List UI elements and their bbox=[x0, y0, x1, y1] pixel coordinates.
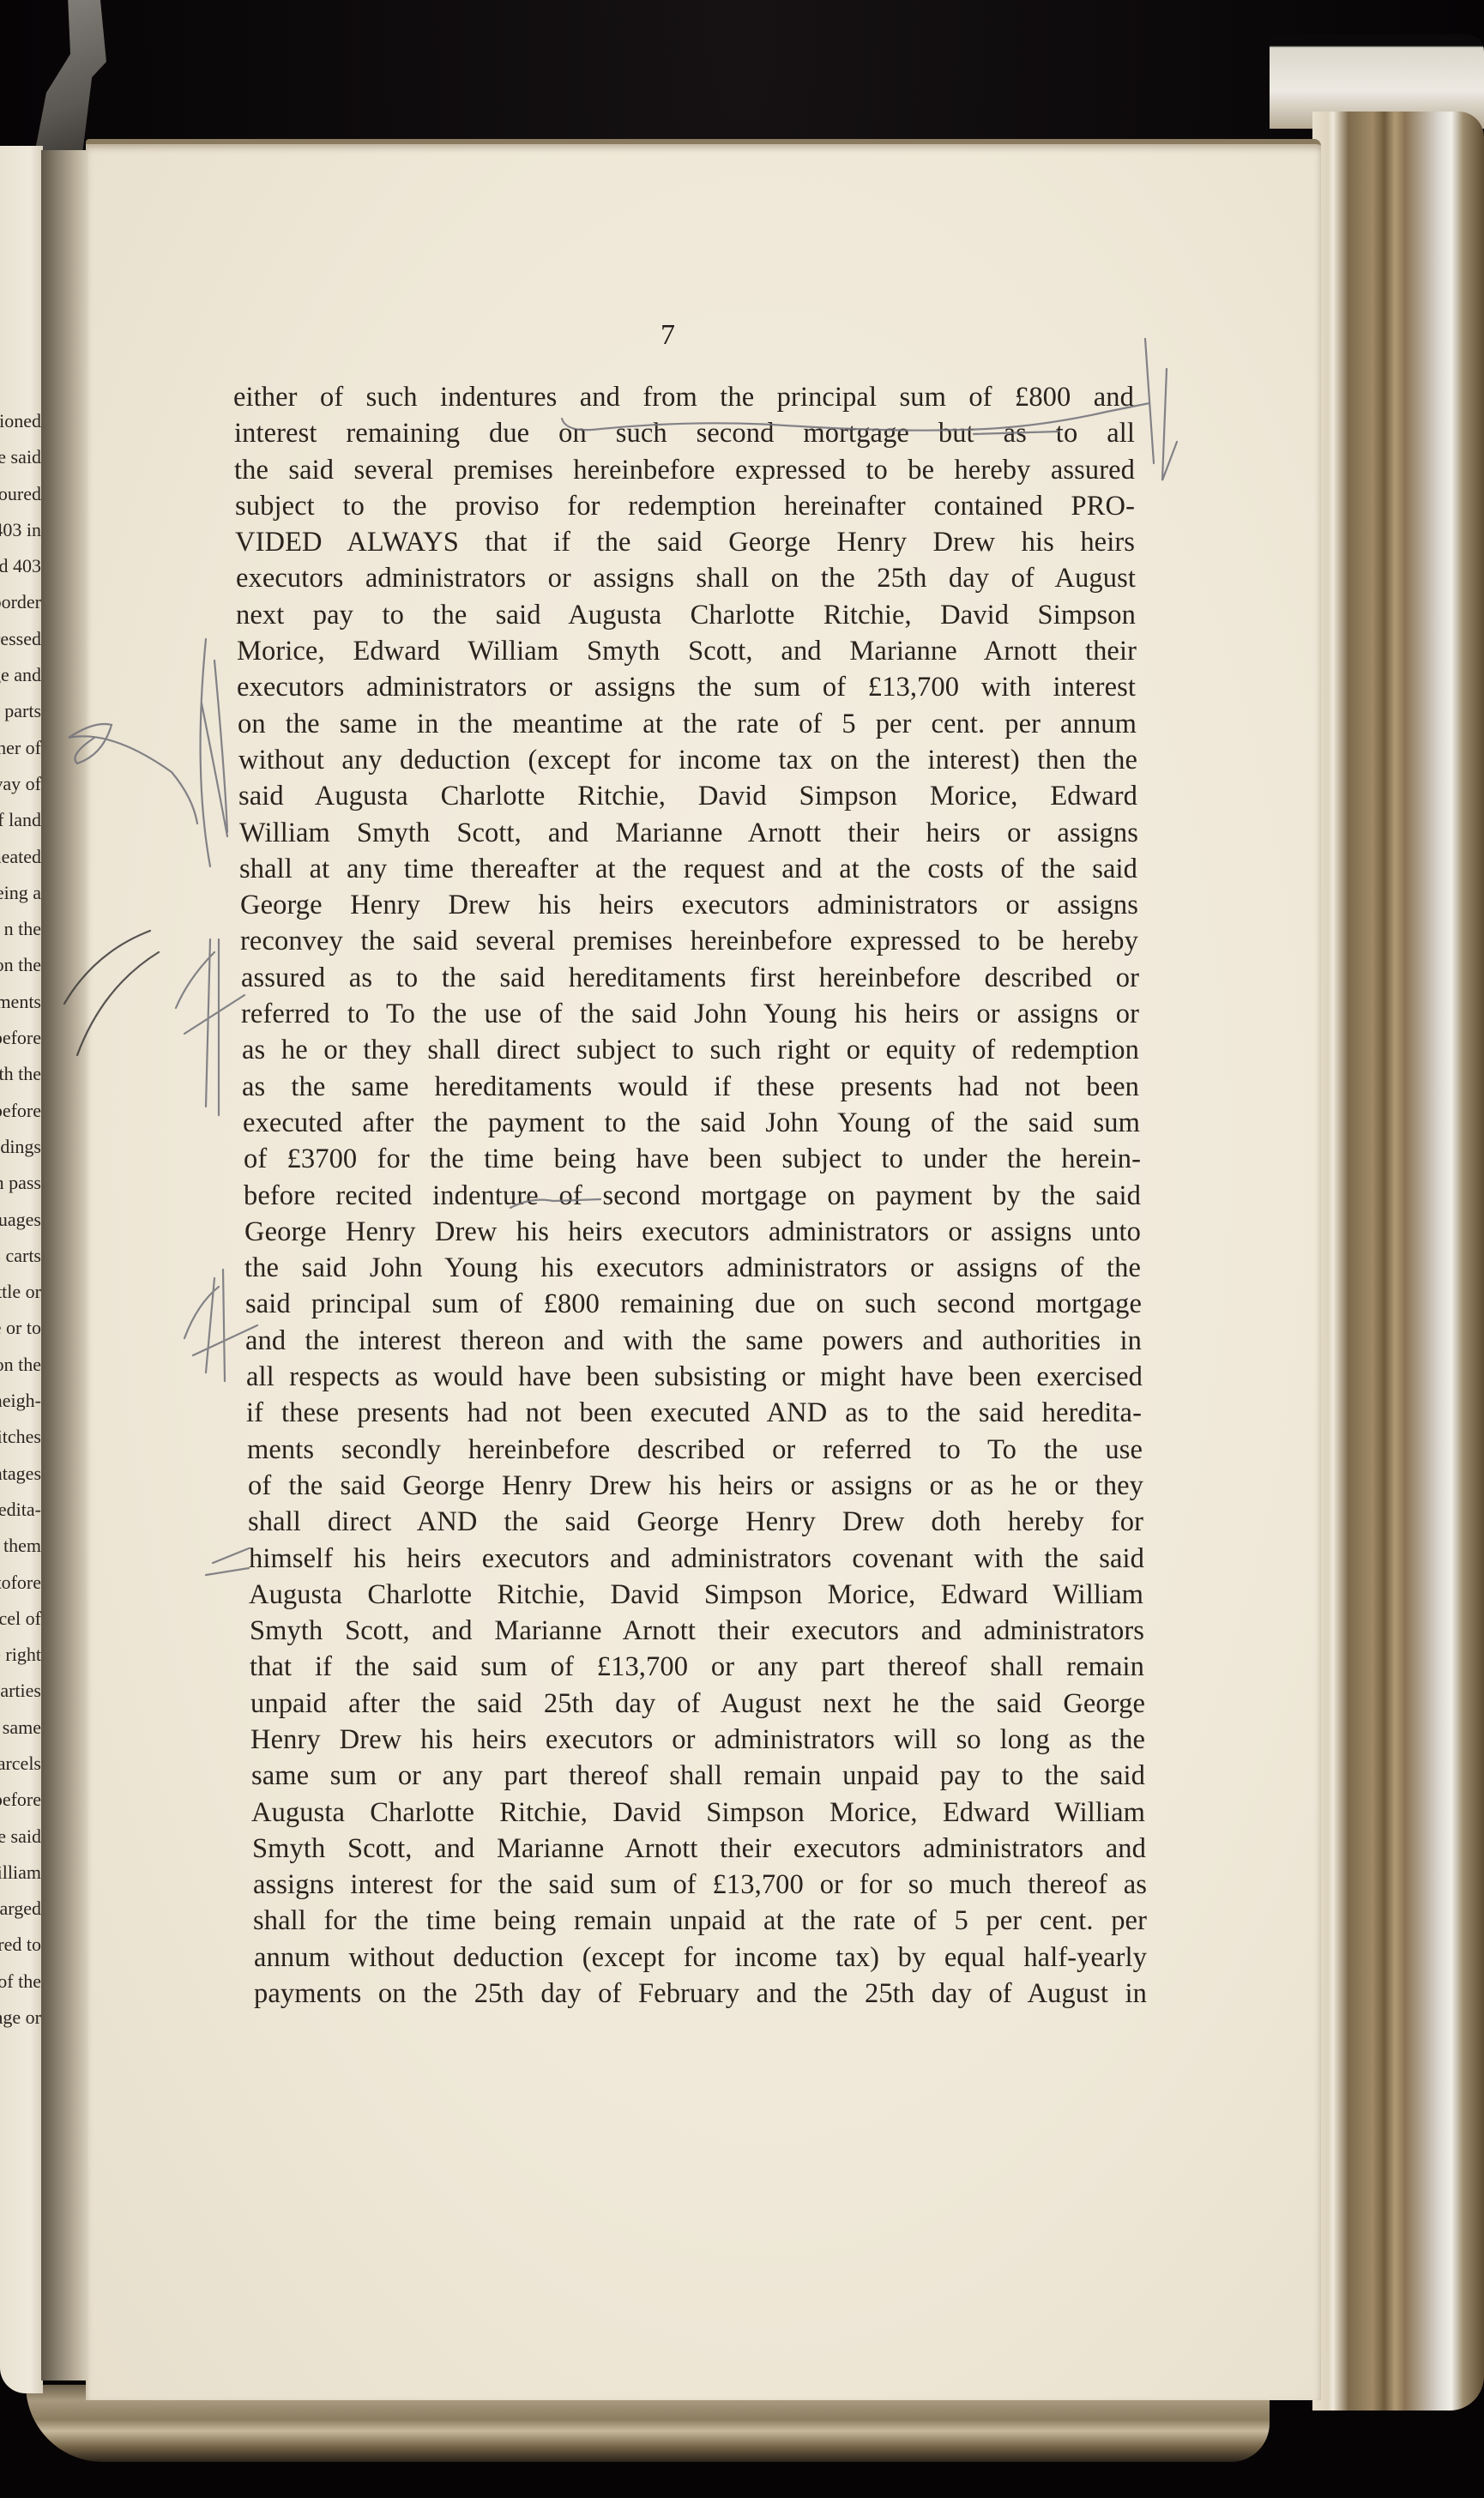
facing-page-fragment: rcel of bbox=[0, 1601, 41, 1637]
text-line: said Augusta Charlotte Ritchie, David Si… bbox=[238, 778, 1137, 814]
facing-page-fragment: litches bbox=[0, 1419, 41, 1455]
facing-page-fragment: tioned bbox=[0, 403, 41, 439]
facing-page-fragment: on the bbox=[0, 947, 41, 983]
text-line: the said several premises hereinbefore e… bbox=[234, 452, 1135, 488]
text-line: interest remaining due on such second mo… bbox=[234, 415, 1135, 451]
text-line: Morice, Edward William Smyth Scott, and … bbox=[237, 633, 1137, 669]
facing-page-fragment: age or bbox=[0, 2000, 41, 2036]
text-line: before recited indenture of second mortg… bbox=[244, 1178, 1141, 1214]
text-line: reconvey the said several premises herei… bbox=[240, 923, 1138, 959]
book-gutter bbox=[41, 150, 88, 2380]
facing-page-fragment: of land bbox=[0, 802, 41, 838]
facing-page-fragment: ttle or bbox=[0, 1274, 41, 1310]
text-line: shall at any time thereafter at the requ… bbox=[239, 851, 1137, 887]
facing-page-fragment: them bbox=[0, 1528, 41, 1564]
facing-page-fragment: illiam bbox=[0, 1855, 41, 1891]
facing-page-fragment: eing a bbox=[0, 875, 41, 911]
text-line: all respects as would have been subsisti… bbox=[246, 1359, 1143, 1395]
text-line: subject to the proviso for redemption he… bbox=[235, 488, 1135, 524]
text-line: William Smyth Scott, and Marianne Arnott… bbox=[239, 815, 1138, 851]
facing-page-fragment: 403 in bbox=[0, 512, 41, 548]
facing-page-fragment: ments bbox=[0, 984, 41, 1020]
facing-page-fragment: before bbox=[0, 1093, 41, 1129]
text-line: ments secondly hereinbefore described or… bbox=[247, 1432, 1143, 1468]
text-line: that if the said sum of £13,700 or any p… bbox=[250, 1649, 1144, 1685]
text-line: referred to To the use of the said John … bbox=[241, 996, 1139, 1032]
text-line: executed after the payment to the said J… bbox=[243, 1105, 1140, 1141]
page-stack-right-edge bbox=[1312, 112, 1484, 2411]
text-line: the said John Young his executors admini… bbox=[244, 1250, 1141, 1286]
facing-page-text: tionede saidloured403 ined 403borderress… bbox=[0, 403, 41, 2036]
facing-page-fragment: ge and bbox=[0, 657, 41, 693]
facing-page-fragment: redita- bbox=[0, 1492, 41, 1528]
facing-page: tionede saidloured403 ined 403borderress… bbox=[0, 146, 43, 2393]
facing-page-fragment: harged bbox=[0, 1891, 41, 1927]
facing-page-fragment: of the bbox=[0, 1964, 41, 2000]
text-line: Augusta Charlotte Ritchie, David Simpson… bbox=[249, 1577, 1143, 1613]
text-line: if these presents had not been executed … bbox=[246, 1395, 1142, 1431]
text-line: Smyth Scott, and Marianne Arnott their e… bbox=[252, 1831, 1146, 1867]
text-line: assured as to the said hereditaments fir… bbox=[241, 960, 1139, 996]
facing-page-fragment: suages bbox=[0, 1202, 41, 1238]
facing-page-fragment: e said bbox=[0, 1819, 41, 1855]
text-line: Henry Drew his heirs executors or admini… bbox=[250, 1722, 1145, 1758]
text-line: assigns interest for the said sum of £13… bbox=[253, 1867, 1147, 1903]
text-line: executors administrators or assigns shal… bbox=[236, 560, 1136, 596]
text-line: VIDED ALWAYS that if the said George Hen… bbox=[235, 524, 1135, 560]
facing-page-fragment: parties bbox=[0, 1673, 41, 1709]
text-line: payments on the 25th day of February and… bbox=[254, 1976, 1147, 2012]
facing-page-fragment: ther of bbox=[0, 730, 41, 766]
facing-page-fragment: red to bbox=[0, 1927, 41, 1963]
text-line: as the same hereditaments would if these… bbox=[242, 1069, 1139, 1105]
facing-page-fragment: ressed bbox=[0, 621, 41, 657]
facing-page-fragment: neigh- bbox=[0, 1383, 41, 1419]
facing-page-fragment: ed 403 bbox=[0, 548, 41, 584]
body-text: either of such indentures and from the p… bbox=[233, 379, 1134, 2012]
facing-page-fragment: e or to bbox=[0, 1310, 41, 1346]
text-line: George Henry Drew his heirs executors ad… bbox=[240, 887, 1138, 923]
facing-page-fragment: ntages bbox=[0, 1456, 41, 1492]
facing-page-fragment: on the bbox=[0, 1347, 41, 1383]
text-line: of £3700 for the time being have been su… bbox=[244, 1141, 1141, 1177]
text-line: Smyth Scott, and Marianne Arnott their e… bbox=[250, 1613, 1144, 1649]
text-line: either of such indentures and from the p… bbox=[233, 379, 1134, 415]
facing-page-fragment: same bbox=[0, 1710, 41, 1746]
facing-page-fragment: parcels bbox=[0, 1746, 41, 1782]
text-line: same sum or any part thereof shall remai… bbox=[251, 1758, 1145, 1794]
facing-page-fragment: e said bbox=[0, 439, 41, 475]
facing-page-fragment: ith the bbox=[0, 1056, 41, 1092]
text-line: on the same in the meantime at the rate … bbox=[238, 706, 1137, 742]
page-number: 7 bbox=[661, 319, 675, 352]
text-line: shall for the time being remain unpaid a… bbox=[253, 1903, 1147, 1939]
facing-page-fragment: border bbox=[0, 584, 41, 620]
facing-page-fragment: es carts bbox=[0, 1238, 41, 1274]
text-line: unpaid after the said 25th day of August… bbox=[250, 1686, 1145, 1722]
facing-page-fragment: n pass bbox=[0, 1165, 41, 1201]
text-line: said principal sum of £800 remaining due… bbox=[245, 1286, 1142, 1322]
text-line: without any deduction (except for income… bbox=[238, 742, 1137, 778]
text-line: annum without deduction (except for inco… bbox=[254, 1940, 1147, 1976]
facing-page-fragment: loured bbox=[0, 476, 41, 512]
facing-page-fragment: before bbox=[0, 1020, 41, 1056]
facing-page-fragment: n the bbox=[0, 911, 41, 947]
text-line: himself his heirs executors and administ… bbox=[249, 1541, 1144, 1577]
facing-page-fragment: vay of bbox=[0, 766, 41, 802]
facing-page-fragment: etofore bbox=[0, 1565, 41, 1601]
text-line: of the said George Henry Drew his heirs … bbox=[248, 1468, 1143, 1504]
text-line: shall direct AND the said George Henry D… bbox=[248, 1504, 1143, 1540]
text-line: and the interest thereon and with the sa… bbox=[245, 1323, 1142, 1359]
facing-page-fragment: neated bbox=[0, 839, 41, 875]
text-line: George Henry Drew his heirs executors ad… bbox=[244, 1214, 1141, 1250]
facing-page-fragment: e right bbox=[0, 1637, 41, 1673]
text-line: as he or they shall direct subject to su… bbox=[242, 1032, 1139, 1068]
text-line: next pay to the said Augusta Charlotte R… bbox=[236, 597, 1136, 633]
facing-page-fragment: parts bbox=[0, 693, 41, 729]
text-line: Augusta Charlotte Ritchie, David Simpson… bbox=[251, 1795, 1145, 1831]
facing-page-fragment: before bbox=[0, 1782, 41, 1818]
text-line: executors administrators or assigns the … bbox=[237, 669, 1136, 705]
facing-page-fragment: ildings bbox=[0, 1129, 41, 1165]
